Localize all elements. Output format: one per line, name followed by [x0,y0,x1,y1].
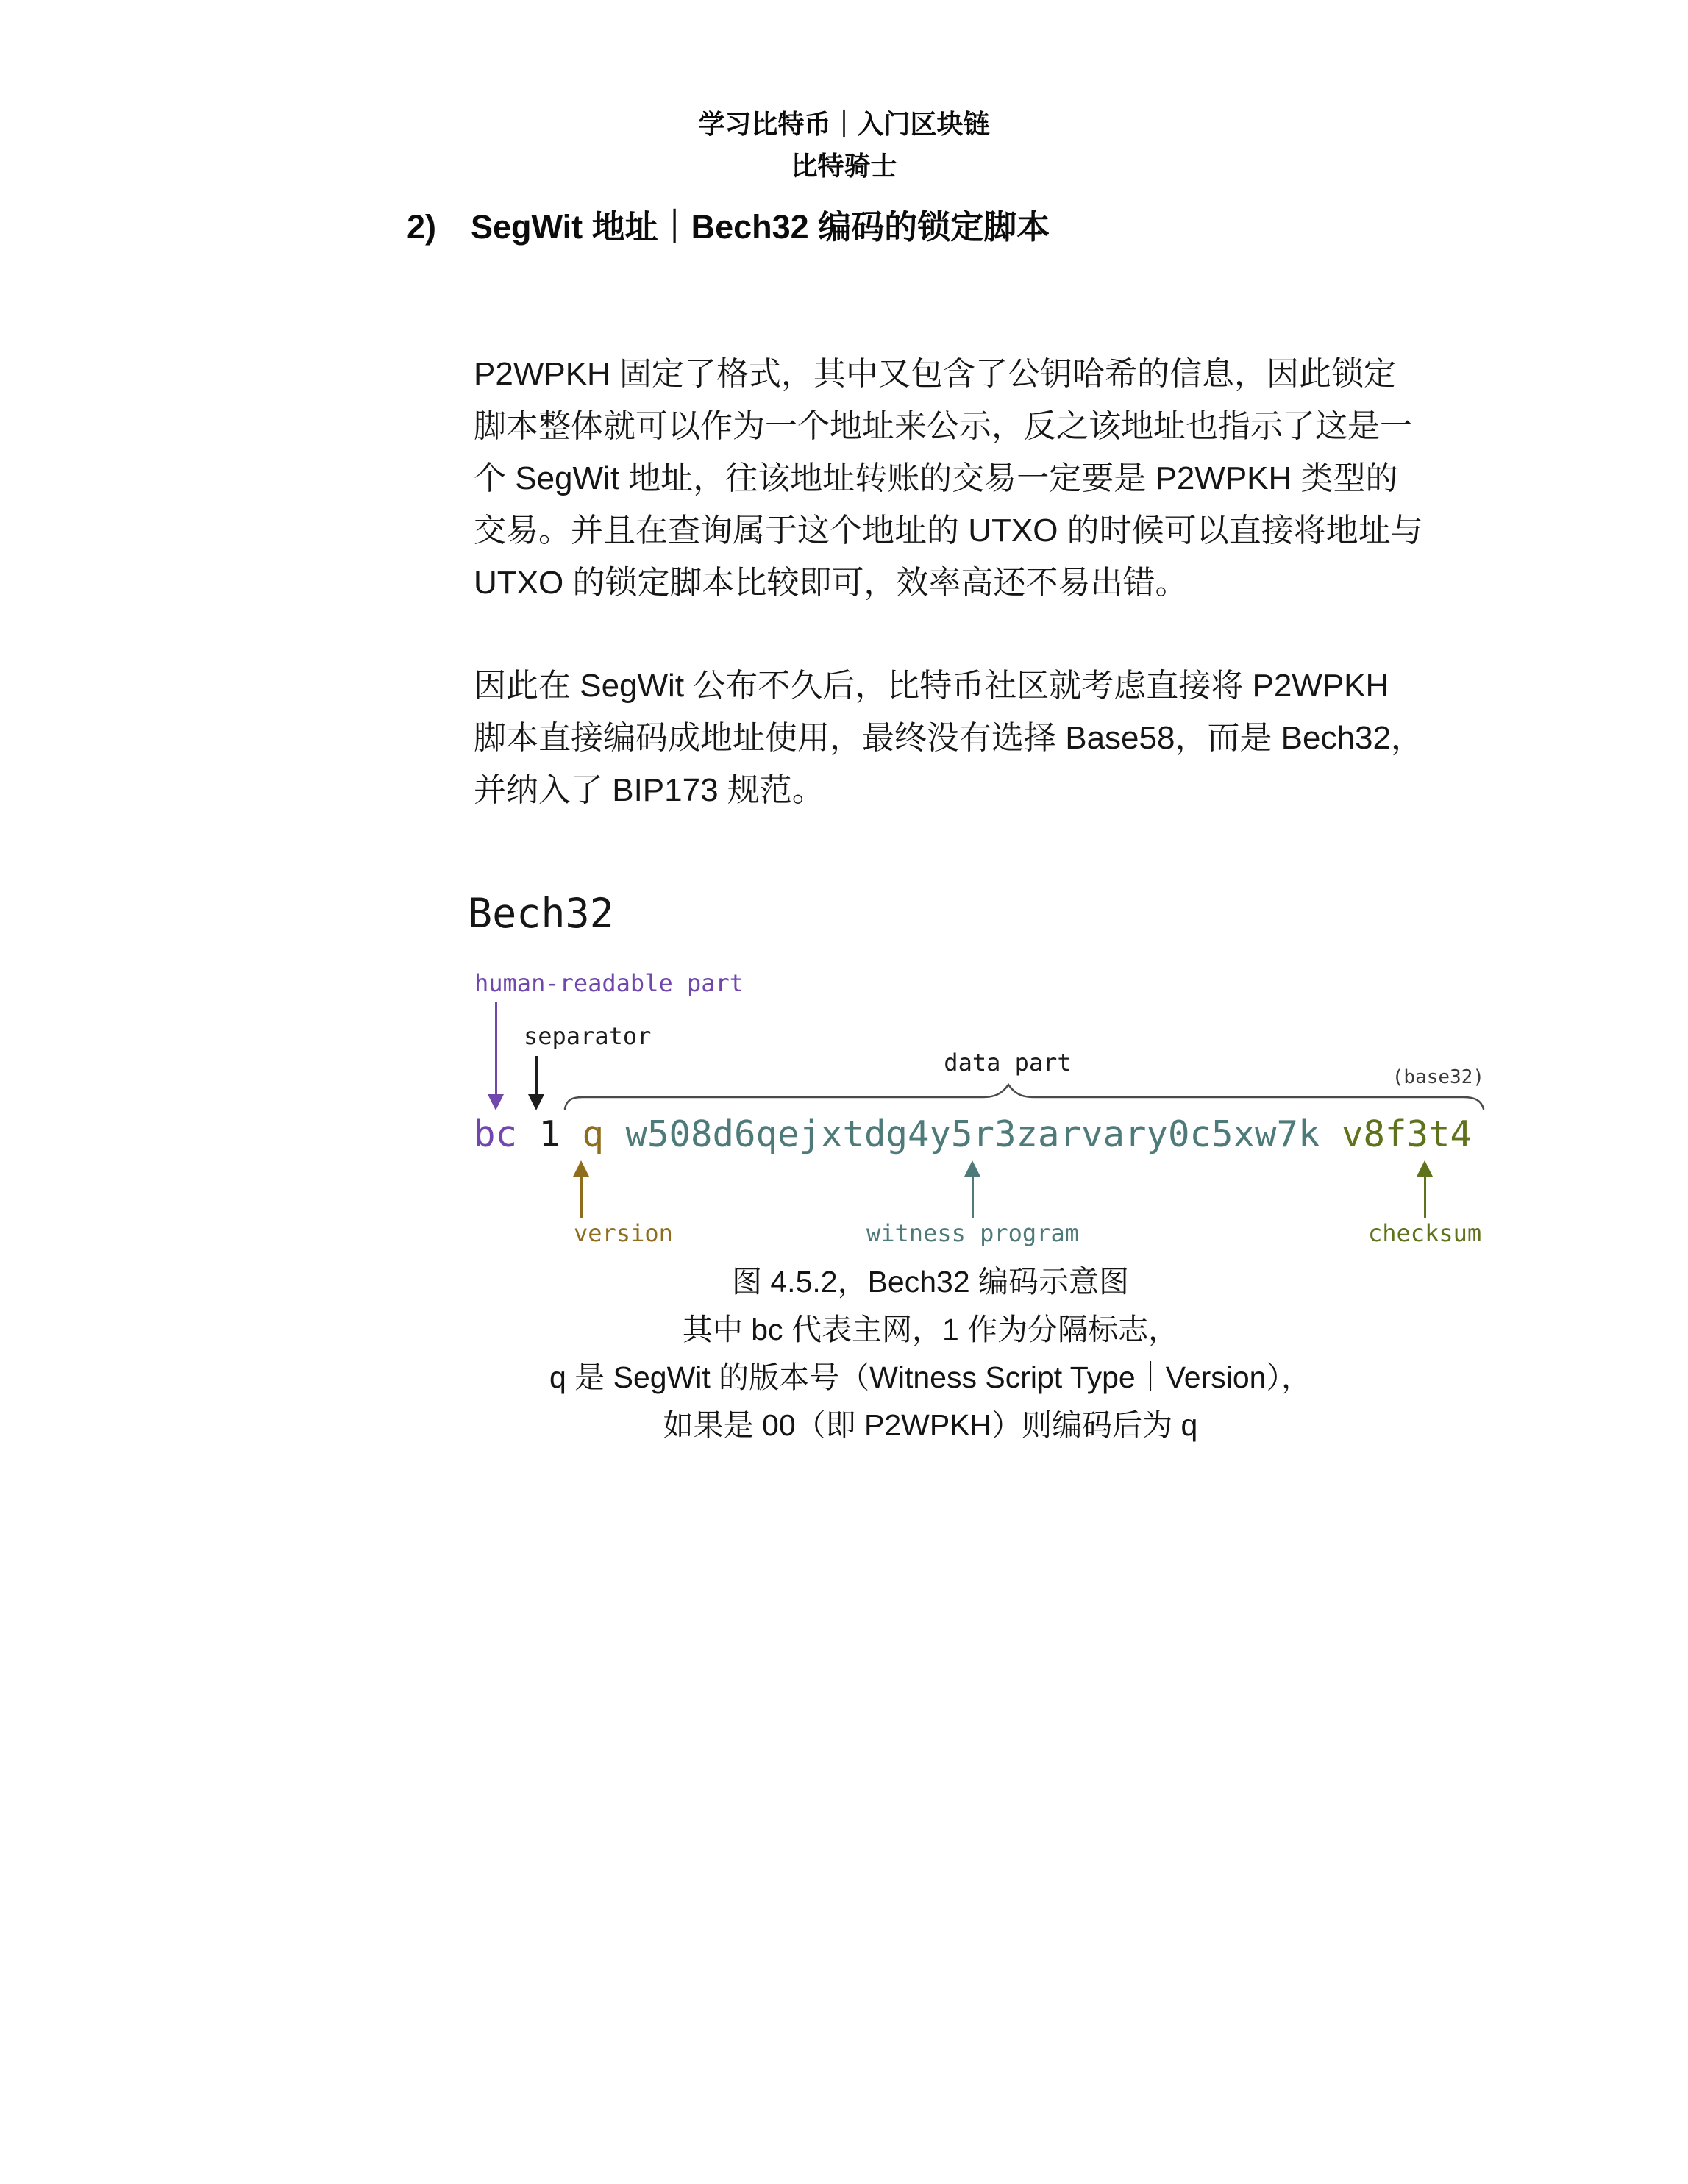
caption-line: 图 4.5.2，Bech32 编码示意图 [173,1258,1688,1306]
figure-title: Bech32 [468,891,614,935]
address-version: q [583,1113,605,1155]
paragraph-1: P2WPKH 固定了格式，其中又包含了公钥哈希的信息，因此锁定 脚本整体就可以作… [474,348,1423,609]
version-label: version [574,1221,673,1246]
page-header-line2: 比特骑士 [0,145,1688,187]
caption-line: 其中 bc 代表主网，1 作为分隔标志， [173,1306,1688,1354]
paragraph-line: 因此在 SegWit 公布不久后，比特币社区就考虑直接将 P2WPKH [474,660,1423,712]
paragraph-2: 因此在 SegWit 公布不久后，比特币社区就考虑直接将 P2WPKH 脚本直接… [474,660,1423,816]
address-separator: 1 [539,1113,561,1155]
hrp-label: human-readable part [474,971,744,996]
caption-line: q 是 SegWit 的版本号（Witness Script Type｜Vers… [173,1354,1688,1402]
section-heading: 2)SegWit 地址｜Bech32 编码的锁定脚本 [407,209,1050,246]
data-part-brace [544,1070,1500,1118]
section-number: 2) [407,209,471,246]
address-hrp: bc [474,1113,517,1155]
paragraph-line: UTXO 的锁定脚本比较即可，效率高还不易出错。 [474,557,1423,609]
document-page: 学习比特币｜入门区块链 比特骑士 2)SegWit 地址｜Bech32 编码的锁… [0,0,1688,2184]
address-witness-program: w508d6qejxtdg4y5r3zarvary0c5xw7k [626,1113,1320,1155]
address-checksum: v8f3t4 [1342,1113,1472,1155]
paragraph-line: 并纳入了 BIP173 规范。 [474,764,1423,816]
caption-line: 如果是 00（即 P2WPKH）则编码后为 q [173,1402,1688,1449]
paragraph-line: 脚本整体就可以作为一个地址来公示，反之该地址也指示了这是一 [474,400,1423,452]
paragraph-line: P2WPKH 固定了格式，其中又包含了公钥哈希的信息，因此锁定 [474,348,1423,400]
checksum-label: checksum [1368,1221,1481,1246]
figure-caption: 图 4.5.2，Bech32 编码示意图 其中 bc 代表主网，1 作为分隔标志… [173,1258,1688,1449]
witness-program-label: witness program [866,1221,1079,1246]
bech32-address: bc1qw508d6qejxtdg4y5r3zarvary0c5xw7kv8f3… [474,1113,1472,1156]
page-header-line1: 学习比特币｜入门区块链 [0,103,1688,145]
section-title: SegWit 地址｜Bech32 编码的锁定脚本 [471,208,1050,246]
separator-label: separator [524,1024,651,1049]
paragraph-line: 个 SegWit 地址，往该地址转账的交易一定要是 P2WPKH 类型的 [474,452,1423,504]
paragraph-line: 脚本直接编码成地址使用，最终没有选择 Base58，而是 Bech32， [474,712,1423,764]
page-header: 学习比特币｜入门区块链 比特骑士 [0,103,1688,187]
paragraph-line: 交易。并且在查询属于这个地址的 UTXO 的时候可以直接将地址与 [474,504,1423,557]
